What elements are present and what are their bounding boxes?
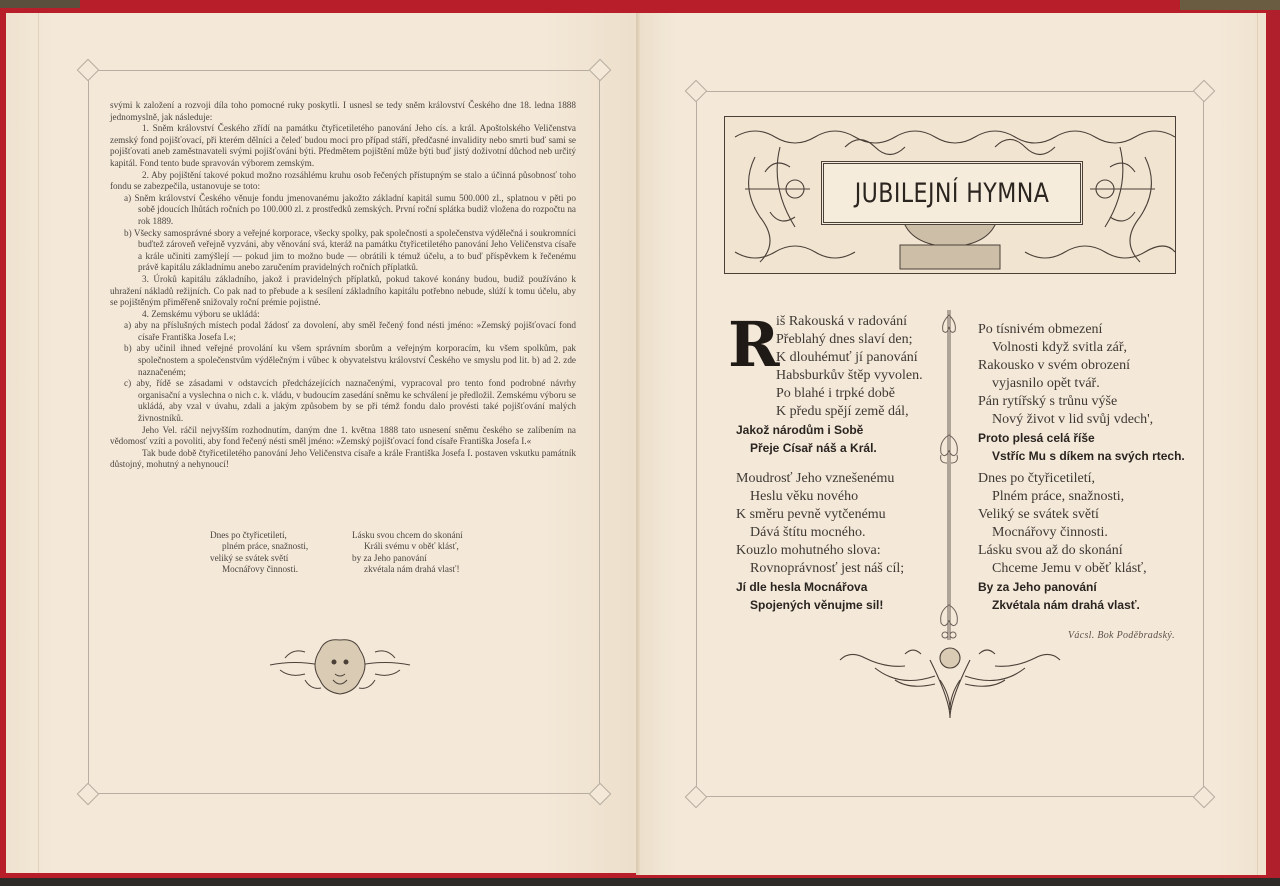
poem-line: Chceme Jemu v oběť klásť,: [978, 560, 1147, 578]
poem-line: Lásku svou chcem do skonání: [352, 530, 463, 541]
poem-line: Mocnářovy činnosti.: [210, 564, 308, 575]
poem-line: Habsburkův štěp vyvolen.: [776, 367, 923, 385]
list-item: a) Sněm království Českého věnuje fondu …: [110, 193, 576, 228]
poem-line: Nový život v lid svůj vdech',: [978, 411, 1185, 429]
poem-line: K předu spějí země dál,: [776, 403, 923, 421]
poem-line: iš Rakouská v radování: [776, 313, 923, 331]
poem-line: vyjasnilo opět tvář.: [978, 375, 1185, 393]
refrain-line: Spojených věnujme sil!: [736, 596, 904, 614]
paragraph: 3. Úroků kapitálu základního, jakož i pr…: [110, 274, 576, 309]
mini-poem-right: Lásku svou chcem do skonání Králi svému …: [352, 530, 463, 576]
poem-line: plném práce, snažnosti,: [210, 541, 308, 552]
refrain-line: Přeje Císař náš a Král.: [750, 439, 923, 457]
poem-line: Kouzlo mohutného slova:: [736, 542, 904, 560]
mini-poem-left: Dnes po čtyřicetiletí, plném práce, snaž…: [210, 530, 308, 576]
poem-line: Moudrosť Jeho vznešenému: [736, 470, 904, 488]
poem-line: Heslu věku nového: [736, 488, 904, 506]
refrain-line: Jí dle hesla Mocnářova: [736, 578, 904, 596]
list-item: b) aby učinil ihned veřejné provolání ku…: [110, 343, 576, 378]
poem-line: Po blahé i trpké době: [776, 385, 923, 403]
refrain-line: Proto plesá celá říše: [978, 429, 1185, 447]
scroll-griffin-ornament-icon: [835, 640, 1065, 720]
paragraph: 1. Sněm království Českého zřídí na pamá…: [110, 123, 576, 169]
hymn-stanza-1: iš Rakouská v radování Přeblahý dnes sla…: [776, 313, 923, 457]
author-signature: Vácsl. Bok Poděbradský.: [1068, 630, 1175, 641]
page-edge-line: [1257, 13, 1258, 875]
decorative-dropcap: R: [728, 308, 774, 418]
poem-line: Pán rytířský s trůnu výše: [978, 393, 1185, 411]
poem-line: Lásku svou až do skonání: [978, 542, 1147, 560]
paragraph: Jeho Vel. ráčil nejvyšším rozhodnutím, d…: [110, 425, 576, 448]
poem-line: Mocnářovy činnosti.: [978, 524, 1147, 542]
title-banner: JUBILEJNÍ HYMNA: [724, 116, 1176, 274]
poem-line: Plném práce, snažnosti,: [978, 488, 1147, 506]
refrain-line: By za Jeho panování: [978, 578, 1147, 596]
page-title: JUBILEJNÍ HYMNA: [847, 164, 1057, 222]
cover-right-edge: [1268, 10, 1280, 878]
table-surface: [0, 878, 1280, 886]
poem-line: Dnes po čtyřicetiletí,: [978, 470, 1147, 488]
poem-line: Dnes po čtyřicetiletí,: [210, 530, 308, 541]
poem-line: Přeblahý dnes slaví den;: [776, 331, 923, 349]
poem-line: Po tísnivém obmezení: [978, 321, 1185, 339]
hymn-stanza-3: Po tísnivém obmezení Volnosti když svitl…: [978, 321, 1185, 465]
paragraph: 2. Aby pojištění takové pokud možno rozs…: [110, 170, 576, 193]
cover-edge-decoration: [0, 0, 80, 8]
poem-line: by za Jeho panování: [352, 553, 463, 564]
poem-line: K dlouhémuť jí panování: [776, 349, 923, 367]
paragraph: Tak bude době čtyřicetiletého panování J…: [110, 448, 576, 471]
lion-mask-ornament-icon: [265, 630, 415, 700]
vine-divider-icon: [937, 305, 961, 645]
poem-line: Králi svému v oběť klásť,: [352, 541, 463, 552]
paragraph: svými k založení a rozvoji díla toho pom…: [110, 100, 576, 123]
refrain-line: Vstříc Mu s díkem na svých rtech.: [978, 447, 1185, 465]
left-page-text: svými k založení a rozvoji díla toho pom…: [110, 100, 576, 471]
title-plaque: JUBILEJNÍ HYMNA: [821, 161, 1083, 225]
refrain-line: Zkvétala nám drahá vlasť.: [978, 596, 1147, 614]
cover-edge-decoration: [1180, 0, 1280, 10]
hymn-stanza-2: Moudrosť Jeho vznešenému Heslu věku nové…: [736, 470, 904, 614]
poem-line: veliký se svátek světí: [210, 553, 308, 564]
poem-line: Veliký se svátek světí: [978, 506, 1147, 524]
poem-line: Rakousko v svém obrození: [978, 357, 1185, 375]
poem-line: Volnosti když svitla zář,: [978, 339, 1185, 357]
refrain-line: Jakož národům i Sobě: [736, 421, 923, 439]
paragraph: 4. Zemskému výboru se ukládá:: [110, 309, 576, 321]
poem-line: Dává štítu mocného.: [736, 524, 904, 542]
poem-line: Rovnoprávnosť jest náš cíl;: [736, 560, 904, 578]
hymn-stanza-4: Dnes po čtyřicetiletí, Plném práce, snaž…: [978, 470, 1147, 614]
page-fold-line: [38, 13, 39, 873]
list-item: a) aby na příslušných místech podal žádo…: [110, 320, 576, 343]
poem-line: zkvétala nám drahá vlasť!: [352, 564, 463, 575]
list-item: c) aby, řídě se zásadami v odstavcích př…: [110, 378, 576, 424]
list-item: b) Všecky samosprávné sbory a veřejné ko…: [110, 228, 576, 274]
poem-line: K směru pevně vytčenému: [736, 506, 904, 524]
